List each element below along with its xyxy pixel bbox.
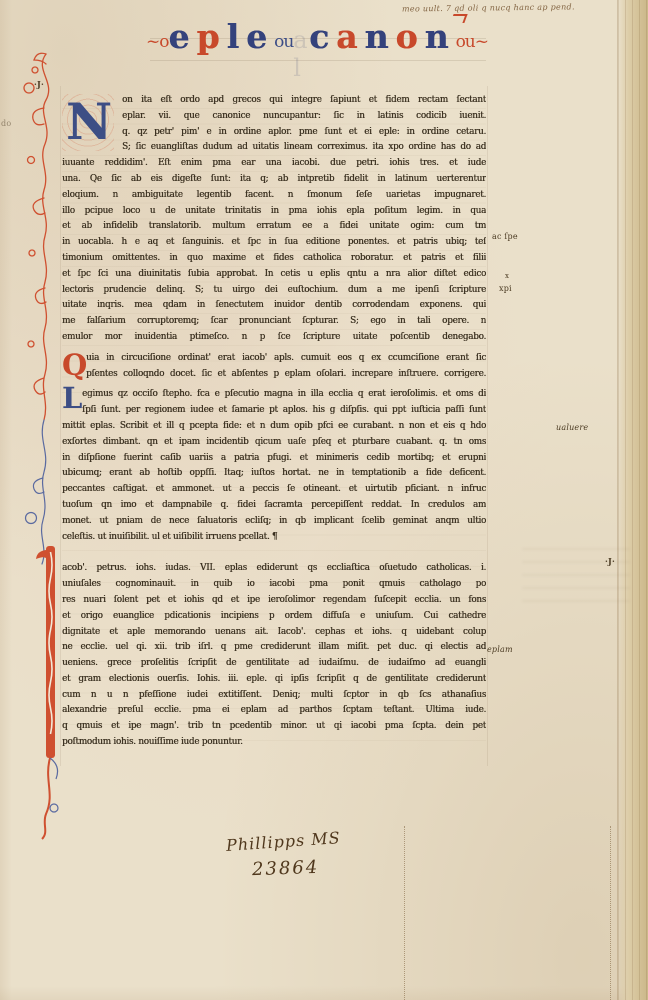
text-line: et ab infidelib translatorib. multum err… (62, 219, 486, 235)
paragraph-argumentum-2: L egimus qz occiſo ſtepho. fca e pſecuti… (62, 387, 486, 545)
text-line: egimus qz occiſo ſtepho. fca e pſecutio … (82, 387, 486, 403)
title-ghost-letters: a l (293, 26, 309, 82)
text-line: q. qz petr' pim' e in ordine aplor. pme … (122, 125, 486, 141)
top-right-inscription: meo uult. 7 qd oli q nucq hanc ap pend. (402, 2, 644, 14)
title-word-eple: eple (168, 20, 274, 55)
text-line: S; ſic euangliſtas dudum ad uitatis line… (122, 140, 486, 156)
text-line: peccantes caſtigat. et ammonet. ut a pec… (62, 482, 486, 498)
title-letter: l (227, 17, 247, 56)
text-line: et gram electionis ouerſis. Iohis. iii. … (62, 672, 486, 688)
initial-Q: Q (62, 351, 82, 382)
text-line: on ita eſt ordo apd grecos qui integre ſ… (122, 93, 486, 109)
text-line: in uocabla. h e aq et ſanguinis. et ſpc … (62, 235, 486, 251)
text-line: ne ecclie. uel qi. xii. trib iſrl. q pme… (62, 640, 486, 656)
text-line: emulor mor inuidentia ptimeſco. n p ſce … (62, 330, 486, 346)
title-letter: a (336, 17, 364, 56)
title-letter: p (196, 17, 226, 56)
text-line: acob'. petrus. iohs. iudas. VII. eplas e… (62, 561, 486, 577)
shelfmark-inscription-line2: 23864 (252, 857, 320, 880)
title-flourish-left: ~o (146, 32, 168, 52)
title-letter: n (365, 17, 396, 56)
title-letter: e (246, 17, 274, 56)
text-line: dignitate et aple memorando uenans ait. … (62, 625, 486, 641)
text-line: poſtmodum iohis. nouiſſime iude ponuntur… (62, 735, 486, 751)
paragraph-argumentum-1: Q uia in circuciſione ordinat' erat iaco… (62, 351, 486, 383)
title-letter: e (168, 17, 196, 56)
text-line: tuoſum qn imo et dampnabile q. fidei ſac… (62, 498, 486, 514)
text-block: N on ita eſt ordo apd grecos qui integre… (62, 93, 486, 751)
text-line: alexandrie preſul ecclie. pma ei eplam a… (62, 703, 486, 719)
quire-mark-left: ·J· (34, 79, 44, 89)
text-line: ueniens. grece proſelitis ſcripſit de ge… (62, 656, 486, 672)
text-line: res nuari ſolent pet et iohis qd et ipe … (62, 593, 486, 609)
margin-note-left: do (1, 119, 11, 128)
shelfmark-inscription-line1: Phillipps MS (225, 828, 341, 855)
leaf-edge-line (617, 0, 618, 1000)
text-line: uitate inqris. mea qdam in ſenectutem in… (62, 298, 486, 314)
text-line: illo pcipue loco u de unitate trinitatis… (62, 204, 486, 220)
margin-note-right: xpi (499, 284, 512, 293)
manuscript-page: meo uult. 7 qd oli q nucq hanc ap pend. … (0, 0, 648, 1000)
title-flourish-mid: ou (274, 32, 293, 52)
book-fore-edge (618, 0, 648, 1000)
text-line: uia in circuciſione ordinat' erat iacob'… (86, 351, 486, 367)
ruling-line (610, 826, 611, 1000)
ruling-line (487, 86, 488, 766)
text-line: monet. ut pniam de nece ſaluatoris ecliſ… (62, 514, 486, 530)
ruling-line (404, 826, 405, 1000)
text-line: eloqium. n ambiguitate legentib facent. … (62, 188, 486, 204)
text-line: ubicumq; erant ab hoſtib oppſſi. Itaq; i… (62, 466, 486, 482)
text-line: pſentes colloqndo docet. ſic et abſentes… (86, 367, 486, 383)
margin-note-right: x (505, 272, 509, 280)
title-flourish-right: ou~ (456, 32, 488, 52)
text-line: cum n u n pfeſſione iudei extitiſſent. D… (62, 688, 486, 704)
text-line: q qmuis et ipe magn'. trib tn pcedentib … (62, 719, 486, 735)
text-line: eplar. vii. que canonice nuncupantur: ſi… (122, 109, 486, 125)
title-letter: o (396, 17, 425, 56)
text-line: ſpſi ſunt. per regionem iudee et ſamarie… (82, 403, 486, 419)
initial-I (34, 542, 64, 842)
title-word-canon: canon (309, 20, 456, 55)
paragraph-prologue-jerome: N on ita eſt ordo apd grecos qui integre… (62, 93, 486, 346)
text-line: exſortes dimbant. qn et ipam incidentib … (62, 435, 486, 451)
text-line: celeſtis. ut inuiſibilit. ul et uiſibili… (62, 530, 486, 546)
text-line: mittit eplas. Scribit et ill q pcepta fi… (62, 419, 486, 435)
initial-L: L (62, 383, 78, 414)
text-line: lectoris prudencie delinq. S; tu uirgo d… (62, 283, 486, 299)
margin-note-right: eplam (487, 645, 513, 654)
paragraph-argumentum-3: acob'. petrus. iohs. iudas. VII. eplas e… (62, 561, 486, 751)
title-letter: c (309, 17, 336, 56)
quire-mark-right: ·J· (605, 556, 615, 566)
margin-note-right: ualuere (556, 423, 588, 432)
margin-note-right: ac ſpe (492, 232, 518, 241)
text-line: iuuante reddidim'. Eſt enim pma ear una … (62, 156, 486, 172)
text-line: uniuſales cognominauit. in quib io iacob… (62, 577, 486, 593)
text-line: timonium omittentes. in quo maxime et fi… (62, 251, 486, 267)
initial-N: N (62, 94, 114, 151)
text-line: in diſpſione fuerint caſib uariis a patr… (62, 451, 486, 467)
running-title: ~o eple ou a l canon ou~ (146, 20, 488, 76)
text-line: me falſarium corruptoremq; ſcar pronunci… (62, 314, 486, 330)
text-line: et ſpc ſci una diuinitatis ſubia approba… (62, 267, 486, 283)
text-line: una. Qe ſic ab eis digeſte ſunt: ita q; … (62, 172, 486, 188)
penwork-border (16, 48, 62, 568)
text-line: et origo euanglice pdicationis incipiens… (62, 609, 486, 625)
